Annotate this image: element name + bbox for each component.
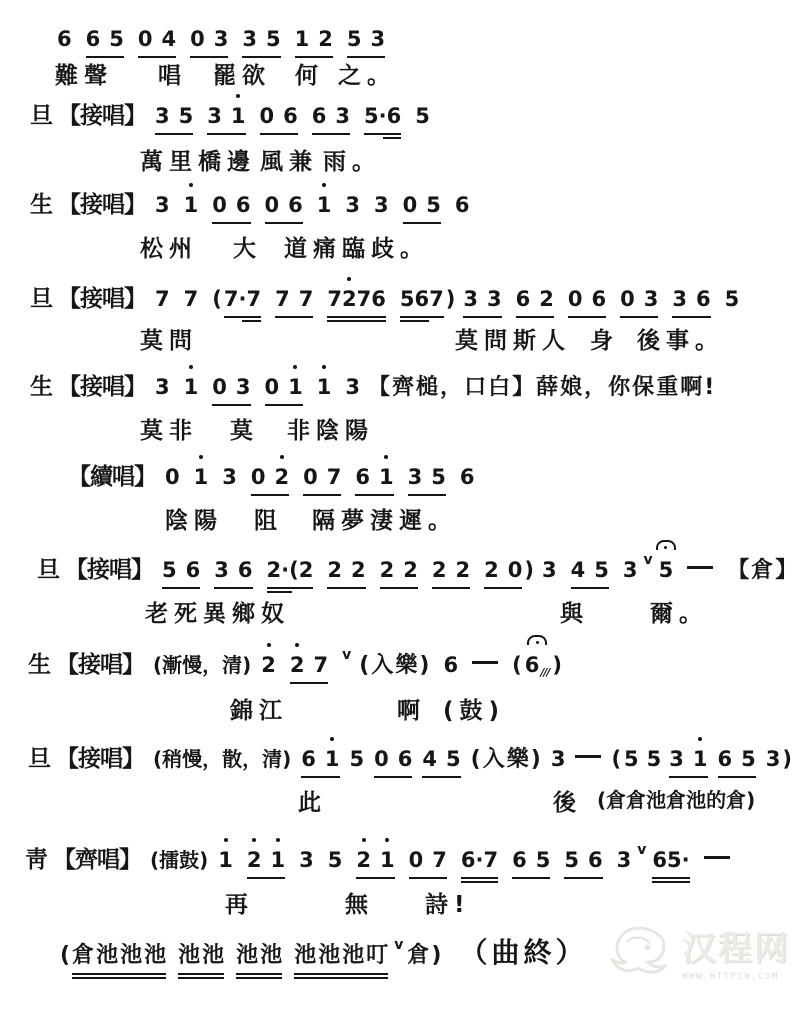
note-token: 03 — [212, 372, 250, 402]
watermark-text: 汉程网 WWW.HTTPCN.COM — [682, 921, 790, 982]
note-token: 35 — [155, 101, 193, 131]
tremolo-marks: /// — [540, 666, 549, 679]
role-label: 旦 — [37, 555, 60, 585]
note-token: ) — [446, 284, 456, 314]
lyric: 何 — [295, 57, 324, 90]
note-token: （曲終） — [459, 938, 583, 968]
note-token: 2·(2 — [267, 555, 314, 585]
role-label: 旦 — [28, 744, 51, 774]
lyric: 爾。 — [650, 595, 708, 628]
octave-dot — [252, 838, 256, 842]
note-token: (入樂) — [359, 651, 429, 681]
note-token: 03 — [190, 24, 228, 54]
note-token: 12 — [295, 24, 333, 54]
lyric: 身 — [590, 322, 619, 355]
notation-row: 旦【接唱】77(7·7777276567)33620603365 — [30, 284, 753, 314]
note-token: 31 — [207, 101, 245, 131]
note-token: 1 — [194, 462, 209, 492]
octave-dot — [224, 838, 228, 842]
note-token: 3 — [766, 744, 781, 774]
tempo-direction: (漸慢，清) — [153, 650, 251, 680]
note-token: 7 — [155, 284, 170, 314]
octave-dot — [267, 643, 271, 647]
note-token: 倉池池池 — [72, 941, 166, 971]
lyric-row: 老死異鄉奴與爾。 — [0, 595, 806, 629]
tempo-direction: (擂鼓) — [150, 845, 208, 875]
lyric: 莫 — [230, 412, 259, 445]
note-token: (入樂) — [471, 745, 541, 775]
note-token: 池池池叮 — [294, 941, 388, 971]
octave-dot — [322, 365, 326, 369]
role-label: 生 — [28, 650, 51, 680]
note-token: 6 — [460, 462, 475, 492]
lyric: 之。 — [338, 57, 396, 90]
note-token: ) — [782, 744, 792, 774]
note-token: 06 — [260, 101, 298, 131]
note-token: 5 — [647, 744, 662, 774]
note-token: 21 — [247, 845, 285, 875]
note-token: 5 — [350, 744, 365, 774]
section-tag: 【接唱】 — [65, 555, 153, 585]
octave-dot — [698, 737, 702, 741]
note-token: 6/// — [525, 650, 550, 688]
notation-row: 旦【接唱】353106635·65 — [30, 101, 444, 131]
lyric-row: 再無詩! — [0, 886, 806, 920]
dash-note — [575, 755, 601, 758]
lyric: 唱 — [158, 57, 187, 90]
note-token: 20 — [484, 555, 522, 585]
note-token: ) — [524, 555, 534, 585]
lyric: 雨。 — [323, 143, 381, 176]
note-token: 06 — [374, 744, 412, 774]
section-tag: 【接唱】 — [58, 372, 146, 402]
note-token: 3 — [222, 462, 237, 492]
note-token: 【倉】 — [727, 556, 797, 586]
note-token: 63 — [312, 101, 350, 131]
lyric-row: 錦江啊(鼓) — [0, 692, 806, 726]
octave-dot — [295, 643, 299, 647]
note-token: 65 — [718, 744, 756, 774]
lyric: 無 — [345, 886, 374, 919]
note-token: 7·7 — [224, 284, 261, 314]
note-token: 倉 — [407, 941, 429, 971]
note-token: 1 — [317, 190, 332, 220]
note-token: 05 — [403, 190, 441, 220]
role-label: 靑 — [25, 845, 48, 875]
watermark-site-name: 汉程网 — [682, 921, 790, 970]
octave-dot — [189, 183, 193, 187]
note-token: 56 — [564, 845, 602, 875]
lyric: 錦江 — [230, 692, 288, 725]
octave-dot — [280, 455, 284, 459]
lyric: 詩! — [425, 886, 471, 919]
note-token: ( — [212, 284, 222, 314]
note-token: 02 — [251, 462, 289, 492]
note-token: 36 — [672, 284, 710, 314]
note-token: ( — [611, 744, 621, 774]
note-token: 【齊槌，口白】薛娘，你保重啊! — [368, 373, 714, 403]
lyric: 萬里橋邊 — [140, 143, 256, 176]
note-token: 6·7 — [461, 845, 498, 875]
lyric: (鼓) — [443, 692, 505, 725]
lyric-row: 松州大道痛臨歧。 — [0, 230, 806, 264]
notation-row: 旦【接唱】56362·(222222220)3453v5【倉】 — [37, 555, 806, 588]
note-token: 35 — [242, 24, 280, 54]
note-token: 77 — [275, 284, 313, 314]
dash-note — [472, 661, 498, 664]
lyric: 道痛臨歧。 — [284, 230, 429, 263]
note-token: 65 — [86, 24, 124, 54]
role-label: 生 — [30, 372, 53, 402]
lyric-row: 莫非莫非陰陽 — [0, 412, 806, 446]
lyric: 莫非 — [140, 412, 198, 445]
lyric: 大 — [233, 230, 262, 263]
note-token: 3 — [155, 190, 170, 220]
note-token: 5 — [624, 744, 639, 774]
breath-mark: v — [342, 640, 351, 670]
lyric-row: 陰陽阻隔夢淒遲。 — [0, 502, 806, 536]
note-token: 3 — [542, 555, 557, 585]
lyric: 老死異鄉奴 — [145, 595, 290, 628]
note-token: 1 — [184, 190, 199, 220]
notation-row: 生【接唱】310606133056 — [30, 190, 484, 220]
lyric: 啊 — [397, 692, 426, 725]
octave-dot — [384, 455, 388, 459]
lyric: 風兼 — [260, 143, 318, 176]
section-tag: 【接唱】 — [58, 284, 146, 314]
breath-mark: v — [394, 930, 403, 960]
note-token: 56 — [162, 555, 200, 585]
note-token: 5 — [725, 284, 740, 314]
role-label: 旦 — [30, 284, 53, 314]
lyric: 罷欲 — [213, 57, 271, 90]
note-token: 62 — [516, 284, 554, 314]
note-token: ) — [431, 941, 441, 971]
note-token: 61 — [355, 462, 393, 492]
breath-mark: v — [643, 545, 652, 575]
lyric: 再 — [225, 886, 254, 919]
octave-dot — [189, 365, 193, 369]
note-token: 3 — [617, 845, 632, 875]
watermark-dragon-icon — [608, 920, 678, 982]
note-token: 0 — [165, 462, 180, 492]
lyric-row: 莫問莫問斯人身後事。 — [0, 322, 806, 356]
tempo-direction: (稍慢，散，清) — [153, 744, 291, 774]
note-token: 04 — [138, 24, 176, 54]
note-token: 61 — [301, 744, 339, 774]
note-token: 3 — [374, 190, 389, 220]
note-token: 3 — [551, 744, 566, 774]
lyric: 莫問 — [140, 322, 198, 355]
note-token: 31 — [669, 744, 707, 774]
section-tag: 【接唱】 — [58, 190, 146, 220]
note-token: 27 — [290, 650, 328, 680]
lyric: 後事。 — [637, 322, 724, 355]
note-token: 5 — [328, 845, 343, 875]
octave-dot — [199, 455, 203, 459]
note-token: 33 — [463, 284, 501, 314]
note-token: 3 — [345, 190, 360, 220]
notation-row: (倉池池池池池池池池池池叮v倉)（曲終） — [60, 938, 598, 973]
notation-row: 靑【齊唱】(擂鼓)1213521076·765563v65· — [25, 845, 744, 878]
section-tag: 【續唱】 — [68, 462, 156, 492]
notation-row: 旦【接唱】(稍慢，散，清)6150645(入樂)3(5531653) — [28, 744, 802, 775]
note-token: 5·6 — [364, 101, 401, 131]
note-token: 53 — [347, 24, 385, 54]
note-token: 45 — [571, 555, 609, 585]
lyric: 與 — [560, 595, 589, 628]
breath-mark: v — [637, 835, 646, 865]
octave-dot — [322, 183, 326, 187]
octave-dot — [362, 838, 366, 842]
note-token: 3 — [155, 372, 170, 402]
lyric: 松州 — [140, 230, 198, 263]
note-token: 6 — [455, 190, 470, 220]
note-token: 06 — [265, 190, 303, 220]
notation-row: 【續唱】013020761356 — [68, 462, 489, 492]
note-token: 45 — [422, 744, 460, 774]
note-token: 5 — [415, 101, 430, 131]
lyric: 隔夢淒遲。 — [312, 502, 457, 535]
note-token: 21 — [356, 845, 394, 875]
note-token: 22 — [380, 555, 418, 585]
note-token: 池池 — [178, 941, 224, 971]
octave-dot — [385, 838, 389, 842]
lyric: 後 — [553, 784, 582, 817]
note-token: 7 — [184, 284, 199, 314]
note-token: 7276 — [327, 284, 386, 314]
lyric: 非陰陽 — [287, 412, 374, 445]
note-token: ( — [512, 650, 522, 680]
lyric: 此 — [298, 784, 327, 817]
octave-dot — [330, 737, 334, 741]
octave-dot — [347, 277, 351, 281]
note-token: 36 — [214, 555, 252, 585]
note-token: 3 — [345, 372, 360, 402]
octave-dot — [293, 365, 297, 369]
note-token: 65 — [512, 845, 550, 875]
note-token: 2 — [261, 650, 276, 680]
section-tag: 【接唱】 — [56, 744, 144, 774]
lyric: 難聲 — [55, 57, 113, 90]
dash-note — [704, 856, 730, 859]
note-token: 5 — [659, 555, 674, 585]
section-tag: 【接唱】 — [58, 101, 146, 131]
lyric: 莫問斯人 — [455, 322, 571, 355]
note-token: 1 — [317, 372, 332, 402]
watermark: 汉程网 WWW.HTTPCN.COM — [608, 920, 806, 982]
section-tag: 【接唱】 — [56, 650, 144, 680]
note-token: 01 — [265, 372, 303, 402]
note-token: 1 — [184, 372, 199, 402]
note-token: 3 — [299, 845, 314, 875]
note-token: 07 — [303, 462, 341, 492]
note-token: ) — [552, 650, 562, 680]
note-token: 07 — [409, 845, 447, 875]
role-label: 旦 — [30, 101, 53, 131]
note-token: 池池 — [236, 941, 282, 971]
note-token: 03 — [620, 284, 658, 314]
lyric: 陰陽 — [165, 502, 223, 535]
lyric: (倉倉池倉池的倉) — [597, 784, 755, 813]
note-token: 22 — [327, 555, 365, 585]
section-tag: 【齊唱】 — [53, 845, 141, 875]
octave-dot — [276, 838, 280, 842]
note-token: 3 — [623, 555, 638, 585]
watermark-site-url: WWW.HTTPCN.COM — [682, 972, 790, 982]
note-token: 567 — [400, 284, 444, 314]
note-token: 6 — [443, 650, 458, 680]
note-token: 1 — [218, 845, 233, 875]
lyric-row: 此後(倉倉池倉池的倉) — [0, 784, 806, 818]
dash-note — [687, 566, 713, 569]
notation-row: 生【接唱】31030113【齊槌，口白】薛娘，你保重啊! — [30, 372, 728, 403]
note-token: 06 — [212, 190, 250, 220]
role-label: 生 — [30, 190, 53, 220]
note-token: ( — [60, 941, 70, 971]
lyric: 阻 — [254, 502, 283, 535]
notation-row: 生【接唱】(漸慢，清)227v(入樂)6(6///) — [28, 650, 576, 688]
note-token: 6 — [57, 24, 72, 54]
notation-row: 6650403351253 — [57, 24, 399, 54]
score-page: 6650403351253難聲唱罷欲何之。旦【接唱】353106635·65萬里… — [0, 0, 806, 1011]
lyric-row: 難聲唱罷欲何之。 — [0, 57, 806, 91]
octave-dot — [236, 94, 240, 98]
note-token: 65· — [652, 845, 689, 875]
note-token: 35 — [408, 462, 446, 492]
lyric-row: 萬里橋邊風兼雨。 — [0, 143, 806, 177]
note-token: 22 — [432, 555, 470, 585]
note-token: 06 — [568, 284, 606, 314]
